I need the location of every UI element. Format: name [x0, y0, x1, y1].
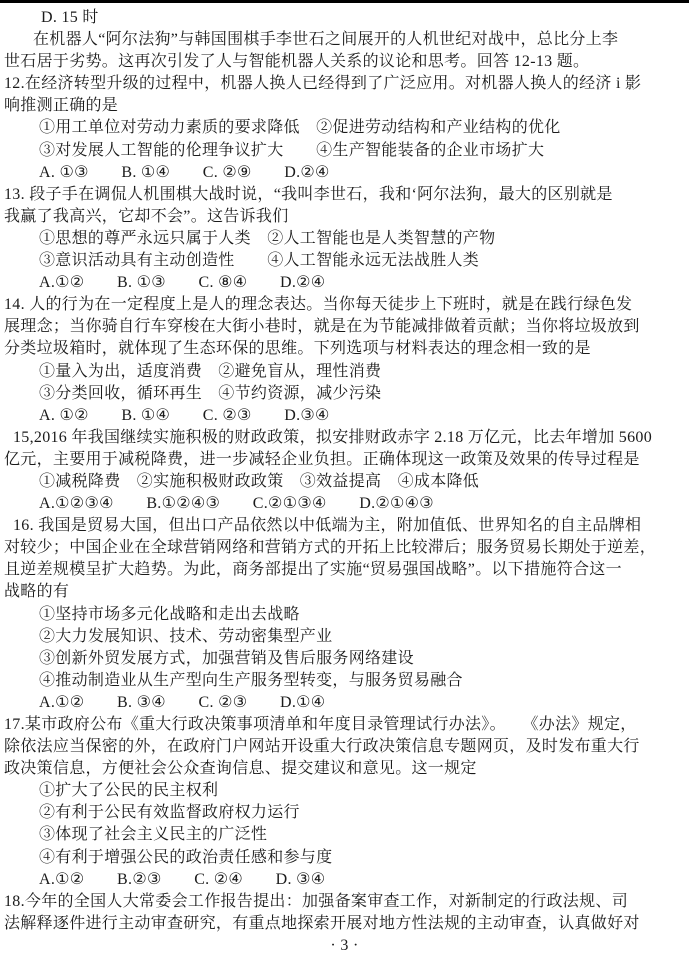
question-17-stem-line-1: 17.某市政府公布《重大行政决策事项清单和年度目录管理试行办法》。 《办法》规定…: [0, 714, 689, 736]
question-16-choices: A.①② B. ③④ C. ②③ D.①④: [0, 692, 689, 714]
question-12-choices: A. ①③ B. ①④ C. ②⑨ D.②④: [0, 162, 689, 184]
document-page: D. 15 时在机器人“阿尔法狗”与韩国围棋手李世石之间展开的人机世纪对战中，总…: [0, 0, 689, 957]
intro-paragraph-line-2: 世石居于劣势。这再次引发了人与智能机器人关系的议论和思考。回答 12-13 题。: [0, 51, 689, 73]
question-13-choices: A.①② B. ①③ C. ⑧④ D.②④: [0, 272, 689, 294]
question-17-stem-line-3: 政决策信息，方便社会公众查询信息、提交建议和意见。这一规定: [0, 758, 689, 780]
question-13-options-line-2: ③意识活动具有主动创造性 ④人工智能永远无法战胜人类: [0, 250, 689, 272]
question-14-options-line-1: ①量入为出，适度消费 ②避免盲从，理性消费: [0, 361, 689, 383]
question-12-options-line-1: ①用工单位对劳动力素质的要求降低 ②促进劳动结构和产业结构的优化: [0, 117, 689, 139]
question-16-stem-line-1: 16. 我国是贸易大国，但出口产品依然以中低端为主，附加值低、世界知名的自主品牌…: [0, 515, 689, 537]
intro-paragraph-line-1: 在机器人“阿尔法狗”与韩国围棋手李世石之间展开的人机世纪对战中，总比分上李: [0, 29, 689, 51]
question-16-options-line-1: ①坚持市场多元化战略和走出去战略: [0, 604, 689, 626]
question-16-stem-line-4: 战略的有: [0, 581, 689, 603]
question-12-stem-line-2: 响推测正确的是: [0, 95, 689, 117]
question-12-stem-line-1: 12.在经济转型升级的过程中，机器人换人已经得到了广泛应用。对机器人换人的经济 …: [0, 73, 689, 95]
question-17-options-line-4: ④有利于增强公民的政治责任感和参与度: [0, 847, 689, 869]
question-14-choices: A. ①② B. ①④ C. ②③ D.③④: [0, 405, 689, 427]
question-13-stem-line-2: 我赢了我高兴，它却不会”。这告诉我们: [0, 206, 689, 228]
question-17-options-line-1: ①扩大了公民的民主权利: [0, 780, 689, 802]
question-18-stem-line-1: 18.今年的全国人大常委会工作报告提出：加强备案审查工作，对新制定的行政法规、司: [0, 891, 689, 913]
question-18-stem-line-2: 法解释逐件进行主动审查研究，有重点地探索开展对地方性法规的主动审查，认真做好对: [0, 913, 689, 935]
question-14-stem-line-2: 展理念；当你骑自行车穿梭在大街小巷时，就是在为节能减排做着贡献；当你将垃圾放到: [0, 316, 689, 338]
question-17-options-line-3: ③体现了社会主义民主的广泛性: [0, 824, 689, 846]
question-13-stem-line-1: 13. 段子手在调侃人机围棋大战时说，“我叫李世石，我和‘阿尔法狗，最大的区别就…: [0, 184, 689, 206]
page-number: · 3 ·: [0, 935, 689, 957]
question-17-stem-line-2: 除依法应当保密的外，在政府门户网站开设重大行政决策信息专题网页，及时发布重大行: [0, 736, 689, 758]
question-14-stem-line-1: 14. 人的行为在一定程度上是人的理念表达。当你每天徒步上下班时，就是在践行绿色…: [0, 294, 689, 316]
question-12-options-line-2: ③对发展人工智能的伦理争议扩大 ④生产智能装备的企业市场扩大: [0, 140, 689, 162]
question-13-options-line-1: ①思想的尊严永远只属于人类 ②人工智能也是人类智慧的产物: [0, 228, 689, 250]
text-body: D. 15 时在机器人“阿尔法狗”与韩国围棋手李世石之间展开的人机世纪对战中，总…: [0, 3, 689, 957]
question-17-options-line-2: ②有利于公民有效监督政府权力运行: [0, 802, 689, 824]
question-16-options-line-4: ④推动制造业从生产型向生产服务型转变，与服务贸易融合: [0, 670, 689, 692]
question-16-stem-line-2: 对较少；中国企业在全球营销网络和营销方式的开拓上比较滞后；服务贸易长期处于逆差，: [0, 537, 689, 559]
question-16-stem-line-3: 且逆差规模呈扩大趋势。为此，商务部提出了实施“贸易强国战略”。以下措施符合这一: [0, 559, 689, 581]
question-17-choices: A.①② B.②③ C. ②④ D. ③④: [0, 869, 689, 891]
prev-question-option-d: D. 15 时: [0, 7, 689, 29]
question-14-options-line-2: ③分类回收，循环再生 ④节约资源，减少污染: [0, 383, 689, 405]
question-16-options-line-2: ②大力发展知识、技术、劳动密集型产业: [0, 626, 689, 648]
question-15-options: ①减税降费 ②实施积极财政政策 ③效益提高 ④成本降低: [0, 471, 689, 493]
question-15-stem-line-2: 亿元，主要用于减税降费，进一步减轻企业负担。正确体现这一政策及效果的传导过程是: [0, 449, 689, 471]
question-14-stem-line-3: 分类垃圾箱时，就体现了生态环保的思维。下列选项与材料表达的理念相一致的是: [0, 338, 689, 360]
question-16-options-line-3: ③创新外贸发展方式，加强营销及售后服务网络建设: [0, 648, 689, 670]
question-15-choices: A.①②③④ B.①②④③ C.②①③④ D.②①④③: [0, 493, 689, 515]
question-15-stem-line-1: 15,2016 年我国继续实施积极的财政政策，拟安排财政赤字 2.18 万亿元，…: [0, 427, 689, 449]
